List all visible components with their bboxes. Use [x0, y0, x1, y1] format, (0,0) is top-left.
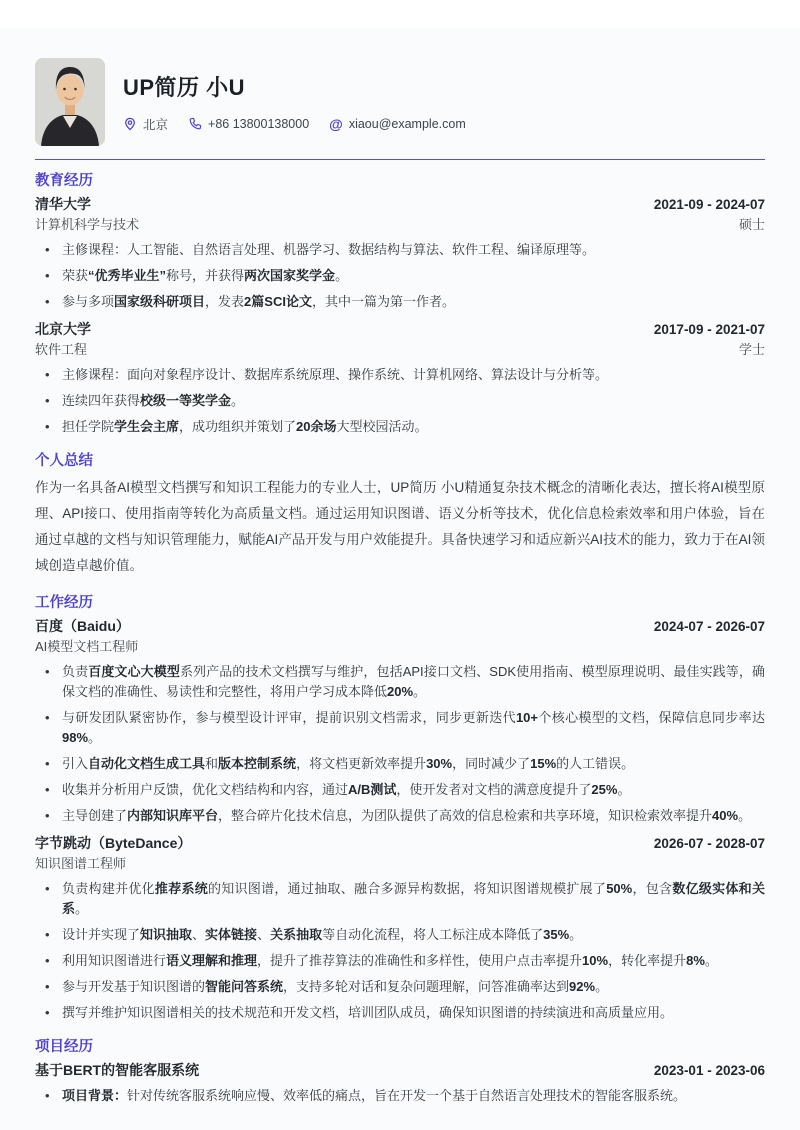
section-title-education: 教育经历 [35, 169, 765, 190]
bullet-item: 撰写并维护知识图谱相关的技术规范和开发文档，培训团队成员，确保知识图谱的持续演进… [35, 1003, 765, 1023]
school-name: 清华大学 [35, 195, 91, 214]
education-entry: 北京大学 2017-09 - 2021-07 软件工程 学士 主修课程：面向对象… [35, 320, 765, 437]
bullet-item: 参与开发基于知识图谱的智能问答系统，支持多轮对话和复杂问题理解，问答准确率达到9… [35, 977, 765, 997]
bullet-list: 主修课程：人工智能、自然语言处理、机器学习、数据结构与算法、软件工程、编译原理等… [35, 240, 765, 312]
summary-text: 作为一名具备AI模型文档撰写和知识工程能力的专业人士，UP简历 小U精通复杂技术… [35, 475, 765, 579]
major: 计算机科学与技术 [35, 216, 139, 234]
contact-phone-text: +86 13800138000 [208, 117, 309, 131]
phone-icon [188, 117, 202, 131]
bullet-item: 引入自动化文档生成工具和版本控制系统，将文档更新效率提升30%，同时减少了15%… [35, 754, 765, 774]
avatar-portrait-illustration [35, 58, 105, 146]
resume-page: UP简历 小U 北京 +86 13800138000 [0, 0, 800, 1130]
section-summary: 个人总结 作为一名具备AI模型文档撰写和知识工程能力的专业人士，UP简历 小U精… [35, 449, 765, 579]
job-title: AI模型文档工程师 [35, 638, 138, 656]
contact-location-text: 北京 [143, 115, 168, 133]
section-title-projects: 项目经历 [35, 1035, 765, 1056]
bullet-item: 项目背景：针对传统客服系统响应慢、效率低的痛点，旨在开发一个基于自然语言处理技术… [35, 1086, 765, 1106]
header-text: UP简历 小U 北京 +86 13800138000 [123, 71, 466, 133]
bullet-item: 主修课程：人工智能、自然语言处理、机器学习、数据结构与算法、软件工程、编译原理等… [35, 240, 765, 260]
work-entry: 百度（Baidu） 2024-07 - 2026-07 AI模型文档工程师 负责… [35, 617, 765, 826]
bullet-list: 主修课程：面向对象程序设计、数据库系统原理、操作系统、计算机网络、算法设计与分析… [35, 365, 765, 437]
bullet-item: 连续四年获得校级一等奖学金。 [35, 391, 765, 411]
entry-date: 2021-09 - 2024-07 [654, 195, 765, 214]
degree: 硕士 [739, 216, 765, 234]
bullet-item: 负责构建并优化推荐系统的知识图谱，通过抽取、融合多源异构数据，将知识图谱规模扩展… [35, 879, 765, 919]
bullet-item: 担任学院学生会主席，成功组织并策划了20余场大型校园活动。 [35, 417, 765, 437]
company-name: 百度（Baidu） [35, 617, 130, 636]
work-entry: 字节跳动（ByteDance） 2026-07 - 2028-07 知识图谱工程… [35, 834, 765, 1023]
bullet-item: 与研发团队紧密协作，参与模型设计评审，提前识别文档需求，同步更新迭代10+个核心… [35, 708, 765, 748]
project-entry: 基于BERT的智能客服系统 2023-01 - 2023-06 项目背景：针对传… [35, 1061, 765, 1106]
bullet-item: 利用知识图谱进行语义理解和推理，提升了推荐算法的准确性和多样性，使用户点击率提升… [35, 951, 765, 971]
education-entry: 清华大学 2021-09 - 2024-07 计算机科学与技术 硕士 主修课程：… [35, 195, 765, 312]
candidate-name: UP简历 小U [123, 71, 466, 102]
contact-email: @ xiaou@example.com [329, 117, 466, 131]
avatar [35, 58, 105, 146]
section-education: 教育经历 清华大学 2021-09 - 2024-07 计算机科学与技术 硕士 … [35, 169, 765, 437]
bullet-item: 荣获“优秀毕业生”称号，并获得两次国家奖学金。 [35, 266, 765, 286]
entry-date: 2026-07 - 2028-07 [654, 834, 765, 853]
bullet-item: 负责百度文心大模型系列产品的技术文档撰写与维护，包括API接口文档、SDK使用指… [35, 662, 765, 702]
location-icon [123, 117, 137, 131]
section-work: 工作经历 百度（Baidu） 2024-07 - 2026-07 AI模型文档工… [35, 591, 765, 1023]
bullet-item: 主修课程：面向对象程序设计、数据库系统原理、操作系统、计算机网络、算法设计与分析… [35, 365, 765, 385]
school-name: 北京大学 [35, 320, 91, 339]
bullet-item: 参与多项国家级科研项目，发表2篇SCI论文，其中一篇为第一作者。 [35, 292, 765, 312]
bullet-list: 负责构建并优化推荐系统的知识图谱，通过抽取、融合多源异构数据，将知识图谱规模扩展… [35, 879, 765, 1023]
header-divider [35, 159, 765, 160]
degree: 学士 [739, 341, 765, 359]
contact-email-text: xiaou@example.com [349, 117, 466, 131]
section-title-work: 工作经历 [35, 591, 765, 612]
bullet-list: 负责百度文心大模型系列产品的技术文档撰写与维护，包括API接口文档、SDK使用指… [35, 662, 765, 826]
resume-paper: UP简历 小U 北京 +86 13800138000 [0, 28, 800, 1130]
at-icon: @ [329, 117, 343, 131]
resume-header: UP简历 小U 北京 +86 13800138000 [35, 58, 765, 146]
contact-phone: +86 13800138000 [188, 117, 309, 131]
section-projects: 项目经历 基于BERT的智能客服系统 2023-01 - 2023-06 项目背… [35, 1035, 765, 1106]
company-name: 字节跳动（ByteDance） [35, 834, 191, 853]
contact-row: 北京 +86 13800138000 @ xiaou@example.com [123, 115, 466, 133]
top-strip [0, 0, 800, 28]
bullet-item: 设计并实现了知识抽取、实体链接、关系抽取等自动化流程，将人工标注成本降低了35%… [35, 925, 765, 945]
entry-date: 2017-09 - 2021-07 [654, 320, 765, 339]
contact-location: 北京 [123, 115, 168, 133]
bullet-item: 主导创建了内部知识库平台，整合碎片化技术信息，为团队提供了高效的信息检索和共享环… [35, 806, 765, 826]
section-title-summary: 个人总结 [35, 449, 765, 470]
project-name: 基于BERT的智能客服系统 [35, 1061, 199, 1080]
entry-date: 2024-07 - 2026-07 [654, 617, 765, 636]
major: 软件工程 [35, 341, 87, 359]
entry-date: 2023-01 - 2023-06 [654, 1061, 765, 1080]
job-title: 知识图谱工程师 [35, 855, 126, 873]
bullet-item: 收集并分析用户反馈，优化文档结构和内容，通过A/B测试，使开发者对文档的满意度提… [35, 780, 765, 800]
bullet-list: 项目背景：针对传统客服系统响应慢、效率低的痛点，旨在开发一个基于自然语言处理技术… [35, 1086, 765, 1106]
